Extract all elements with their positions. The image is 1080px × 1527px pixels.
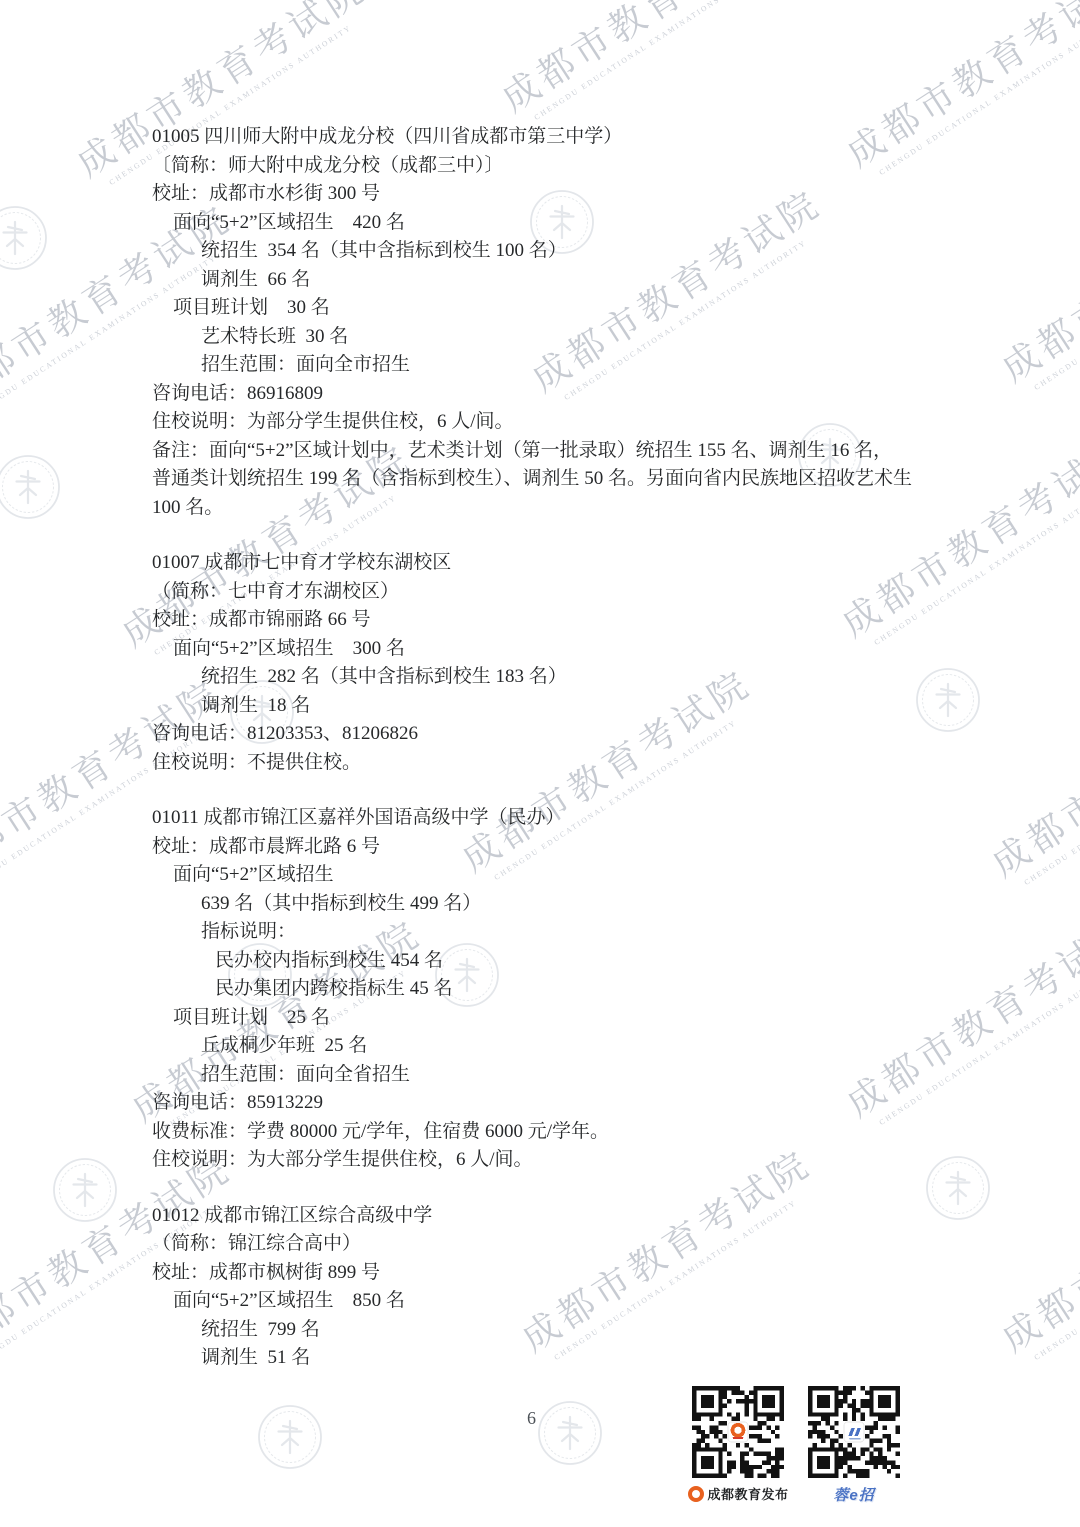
document-line: 招生范围：面向全省招生 bbox=[201, 1061, 952, 1090]
rong-e-zhao-logo: 蓉e招 bbox=[833, 1484, 874, 1505]
watermark-cn-text: 成都市教育考试院 bbox=[489, 0, 800, 122]
document-line: 咨询电话：86916809 bbox=[152, 380, 952, 409]
document-body: 01005 四川师大附中成龙分校（四川省成都市第三中学）〔简称：师大附中成龙分校… bbox=[152, 123, 952, 1400]
document-line: 备注：面向“5+2”区域计划中，艺术类计划（第一批录取）统招生 155 名、调剂… bbox=[152, 437, 952, 466]
qr-code-rong-e-zhao bbox=[808, 1386, 900, 1478]
watermark-text: 成都市教育考试院CHENGDU EDUCATIONAL EXAMINATIONS… bbox=[979, 659, 1080, 896]
document-line: 调剂生 66 名 bbox=[201, 266, 952, 295]
document-line: 收费标准：学费 80000 元/学年，住宿费 6000 元/学年。 bbox=[152, 1118, 952, 1147]
chengdu-education-logo-icon bbox=[688, 1486, 704, 1502]
document-line: 招生范围：面向全市招生 bbox=[201, 351, 952, 380]
watermark-text: 成都市教育考试院CHENGDU EDUCATIONAL EXAMINATIONS… bbox=[989, 1134, 1080, 1371]
examination-authority-seal-icon bbox=[0, 205, 48, 276]
qr-caption-text: 成都教育发布 bbox=[708, 1484, 789, 1503]
watermark-text: 成都市教育考试院CHENGDU EDUCATIONAL EXAMINATIONS… bbox=[989, 164, 1080, 401]
watermark-cn-text: 成都市教育考试院 bbox=[989, 164, 1080, 392]
document-line: 住校说明：为大部分学生提供住校，6 人/间。 bbox=[152, 1146, 952, 1175]
document-line: 统招生 354 名（其中含指标到校生 100 名） bbox=[201, 237, 952, 266]
watermark-cn-text: 成都市教育考试院 bbox=[979, 659, 1080, 887]
watermark-en-text: CHENGDU EDUCATIONAL EXAMINATIONS AUTHORI… bbox=[1009, 705, 1080, 896]
document-line: 面向“5+2”区域招生 bbox=[173, 861, 952, 890]
document-line: 住校说明：为部分学生提供住校，6 人/间。 bbox=[152, 408, 952, 437]
document-line: 调剂生 51 名 bbox=[201, 1344, 952, 1373]
document-line: 统招生 799 名 bbox=[201, 1316, 952, 1345]
qr-figure-chengdu-education: 成都教育发布 bbox=[692, 1386, 784, 1503]
document-line: 01011 成都市锦江区嘉祥外国语高级中学（民办） bbox=[152, 804, 952, 833]
school-entry-01011: 01011 成都市锦江区嘉祥外国语高级中学（民办）校址：成都市晨辉北路 6 号面… bbox=[152, 804, 952, 1175]
document-line: 项目班计划 30 名 bbox=[173, 294, 952, 323]
examination-authority-seal-icon bbox=[52, 1157, 118, 1228]
document-line: 民办集团内跨校指标生 45 名 bbox=[215, 975, 952, 1004]
document-page: 成都市教育考试院CHENGDU EDUCATIONAL EXAMINATIONS… bbox=[0, 0, 1080, 1527]
document-line: 100 名。 bbox=[152, 494, 952, 523]
document-line: 01007 成都市七中育才学校东湖校区 bbox=[152, 549, 952, 578]
examination-authority-seal-icon bbox=[257, 1404, 323, 1475]
document-line: 艺术特长班 30 名 bbox=[201, 323, 952, 352]
document-line: 项目班计划 25 名 bbox=[173, 1004, 952, 1033]
watermark-cn-text: 成都市教育考试院 bbox=[989, 1134, 1080, 1362]
school-entry-01012: 01012 成都市锦江区综合高级中学（简称：锦江综合高中）校址：成都市枫树街 8… bbox=[152, 1202, 952, 1373]
document-line: （简称：锦江综合高中） bbox=[152, 1230, 952, 1259]
document-line: 〔简称：师大附中成龙分校（成都三中）〕 bbox=[152, 152, 952, 181]
document-line: 01012 成都市锦江区综合高级中学 bbox=[152, 1202, 952, 1231]
document-line: （简称：七中育才东湖校区） bbox=[152, 578, 952, 607]
document-line: 校址：成都市水杉街 300 号 bbox=[152, 180, 952, 209]
document-line: 统招生 282 名（其中含指标到校生 183 名） bbox=[201, 663, 952, 692]
document-line: 普通类计划统招生 199 名（含指标到校生）、调剂生 50 名。另面向省内民族地… bbox=[152, 465, 952, 494]
document-line: 丘成桐少年班 25 名 bbox=[201, 1032, 952, 1061]
qr-code-chengdu-education bbox=[692, 1386, 784, 1478]
qr-caption-rong-e-zhao: 蓉e招 bbox=[808, 1484, 900, 1505]
watermark-text: 成都市教育考试院CHENGDU EDUCATIONAL EXAMINATIONS… bbox=[489, 0, 806, 131]
page-number: 6 bbox=[527, 1408, 537, 1429]
qr-caption-chengdu-education: 成都教育发布 bbox=[692, 1484, 784, 1503]
document-line: 校址：成都市晨辉北路 6 号 bbox=[152, 833, 952, 862]
document-line: 面向“5+2”区域招生 850 名 bbox=[173, 1287, 952, 1316]
document-line: 校址：成都市枫树街 899 号 bbox=[152, 1259, 952, 1288]
document-line: 面向“5+2”区域招生 300 名 bbox=[173, 635, 952, 664]
document-line: 01005 四川师大附中成龙分校（四川省成都市第三中学） bbox=[152, 123, 952, 152]
document-line: 调剂生 18 名 bbox=[201, 692, 952, 721]
watermark-en-text: CHENGDU EDUCATIONAL EXAMINATIONS AUTHORI… bbox=[1019, 1180, 1080, 1371]
document-line: 639 名（其中指标到校生 499 名） bbox=[201, 890, 952, 919]
document-line: 咨询电话：81203353、81206826 bbox=[152, 720, 952, 749]
document-line: 民办校内指标到校生 454 名 bbox=[215, 947, 952, 976]
school-entry-01005: 01005 四川师大附中成龙分校（四川省成都市第三中学）〔简称：师大附中成龙分校… bbox=[152, 123, 952, 522]
document-line: 指标说明： bbox=[201, 918, 952, 947]
examination-authority-seal-icon bbox=[537, 1400, 603, 1471]
document-line: 校址：成都市锦丽路 66 号 bbox=[152, 606, 952, 635]
qr-figure-rong-e-zhao: 蓉e招 bbox=[808, 1386, 900, 1505]
document-line: 面向“5+2”区域招生 420 名 bbox=[173, 209, 952, 238]
document-line: 住校说明：不提供住校。 bbox=[152, 749, 952, 778]
watermark-en-text: CHENGDU EDUCATIONAL EXAMINATIONS AUTHORI… bbox=[519, 0, 806, 131]
examination-authority-seal-icon bbox=[0, 454, 61, 525]
document-line: 咨询电话：85913229 bbox=[152, 1089, 952, 1118]
school-entry-01007: 01007 成都市七中育才学校东湖校区（简称：七中育才东湖校区）校址：成都市锦丽… bbox=[152, 549, 952, 777]
watermark-en-text: CHENGDU EDUCATIONAL EXAMINATIONS AUTHORI… bbox=[1019, 210, 1080, 401]
